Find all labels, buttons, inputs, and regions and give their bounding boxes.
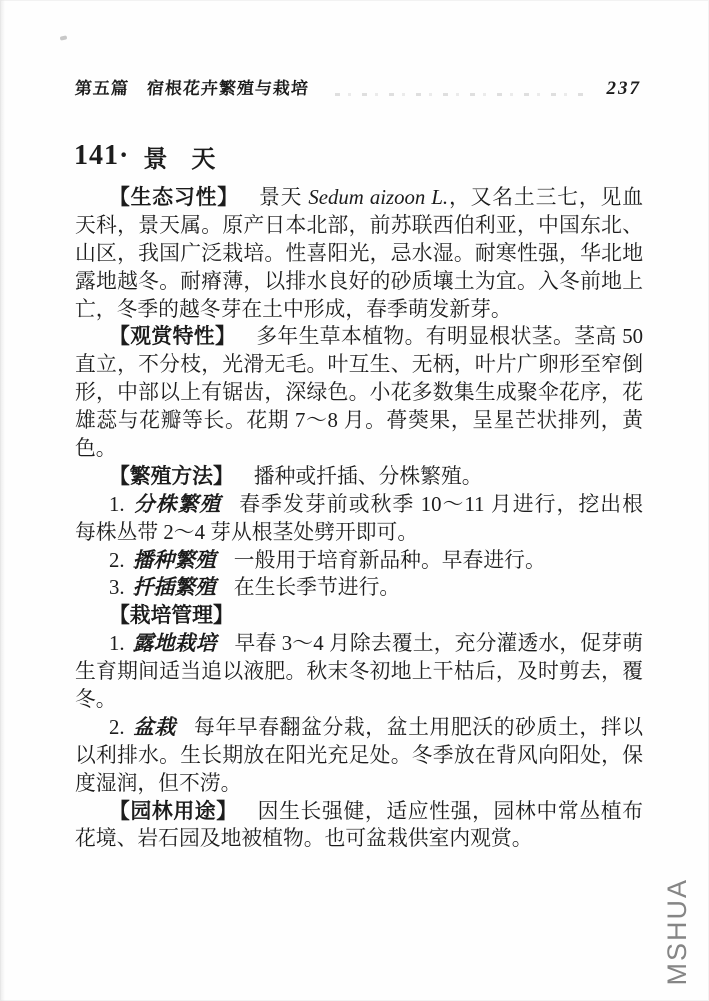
ecology-line: 露地越冬。耐瘠薄，以排水良好的砂质壤土为宜。入冬前地上部死 <box>75 268 643 296</box>
item-number: 1. <box>109 632 125 655</box>
item-label: 播种繁殖 <box>133 549 216 572</box>
item-label: 扦插繁殖 <box>133 576 216 599</box>
ecology-text: 景天 <box>259 186 308 209</box>
section-label-ecology: 【生态习性】 <box>109 186 239 209</box>
propagation-item2-line: 2.播种繁殖一般用于培育新品种。早春进行。 <box>75 547 643 575</box>
scan-speck <box>60 35 68 40</box>
ornamental-line: 【观赏特性】多年生草本植物。有明显根状茎。茎高 50～80cm， <box>75 323 643 351</box>
propagation-line: 【繁殖方法】播种或扦插、分株繁殖。 <box>75 463 643 491</box>
section-label-garden-use: 【园林用途】 <box>109 800 238 823</box>
section-label-management: 【栽培管理】 <box>109 604 234 627</box>
ornamental-line: 色。 <box>75 435 643 463</box>
article-name: 景 天 <box>143 139 215 174</box>
page-header: 第五篇 宿根花卉繁殖与栽培 237 <box>75 74 641 100</box>
item-label: 盆栽 <box>133 716 176 739</box>
item-number: 2. <box>109 549 125 572</box>
ecology-line: 【生态习性】景天 Sedum aizoon L.，又名土三七，见血散。景 <box>75 184 643 212</box>
item-number: 1. <box>109 493 125 516</box>
ecology-line: 亡，冬季的越冬芽在土中形成，春季萌发新芽。 <box>75 296 643 324</box>
item-number: 2. <box>109 716 125 739</box>
garden-use-line: 花境、岩石园及地被植物。也可盆栽供室内观赏。 <box>75 825 643 853</box>
management-item1-line: 生育期间适当追以液肥。秋末冬初地上干枯后，及时剪去，覆土越 <box>75 658 643 686</box>
ecology-line: 山区，我国广泛栽培。性喜阳光，忌水湿。耐寒性强，华北地区可 <box>75 240 643 268</box>
management-item1-line: 冬。 <box>75 686 643 714</box>
propagation-item1-line: 1.分株繁殖春季发芽前或秋季 10～11 月进行，挖出根茎，以 <box>75 491 643 519</box>
section-title: 第五篇 宿根花卉繁殖与栽培 <box>74 74 310 99</box>
page-number: 237 <box>607 78 642 100</box>
item-label: 分株繁殖 <box>133 493 222 516</box>
watermark-box: MSHUA <box>656 876 698 988</box>
management-item2-line: 度湿润，但不涝。 <box>75 770 643 798</box>
management-label-line: 【栽培管理】 <box>75 602 643 630</box>
book-page: 第五篇 宿根花卉繁殖与栽培 237 141· 景 天 【生态习性】景天 Sedu… <box>0 0 709 1001</box>
ornamental-line: 雄蕊与花瓣等长。花期 7～8 月。蓇葖果，呈星芒状排列，黄色至红 <box>75 407 643 435</box>
ornamental-line: 直立，不分枝，光滑无毛。叶互生、无柄，叶片广卵形至窄倒披针 <box>75 351 643 379</box>
item-text: 一般用于培育新品种。早春进行。 <box>234 549 546 572</box>
management-item1-line: 1.露地栽培早春 3～4 月除去覆土，充分灌透水，促芽萌发。 <box>75 630 643 658</box>
item-number: 3. <box>109 576 125 599</box>
management-item2-line: 2.盆栽每年早春翻盆分栽，盆土用肥沃的砂质土，拌以粗砂 <box>75 714 643 742</box>
propagation-item1-line: 每株丛带 2～4 芽从根茎处劈开即可。 <box>75 519 643 547</box>
watermark: MSHUA <box>662 878 693 986</box>
item-label: 露地栽培 <box>133 632 217 655</box>
article-title: 141· 景 天 <box>74 138 215 174</box>
propagation-intro: 播种或扦插、分株繁殖。 <box>254 465 483 488</box>
management-item2-line: 以利排水。生长期放在阳光充足处。冬季放在背风向阳处，保持适 <box>75 742 643 770</box>
item-text: 在生长季节进行。 <box>234 576 400 599</box>
section-label-ornamental: 【观赏特性】 <box>109 325 236 348</box>
garden-use-line: 【园林用途】因生长强健，适应性强，园林中常丛植布置花坛、 <box>75 798 643 826</box>
ornamental-line: 形，中部以上有锯齿，深绿色。小花多数集生成聚伞花序，花黄色， <box>75 379 643 407</box>
ecology-line: 天科，景天属。原产日本北部，前苏联西伯利亚，中国东北、华北 <box>75 212 643 240</box>
section-label-propagation: 【繁殖方法】 <box>109 465 234 488</box>
propagation-item3-line: 3.扦插繁殖在生长季节进行。 <box>75 574 643 602</box>
species-latin-name: Sedum aizoon L. <box>308 186 448 209</box>
scan-noise <box>335 93 589 96</box>
article-number: 141· <box>74 140 129 172</box>
body-text: 【生态习性】景天 Sedum aizoon L.，又名土三七，见血散。景 天科，… <box>75 184 643 853</box>
